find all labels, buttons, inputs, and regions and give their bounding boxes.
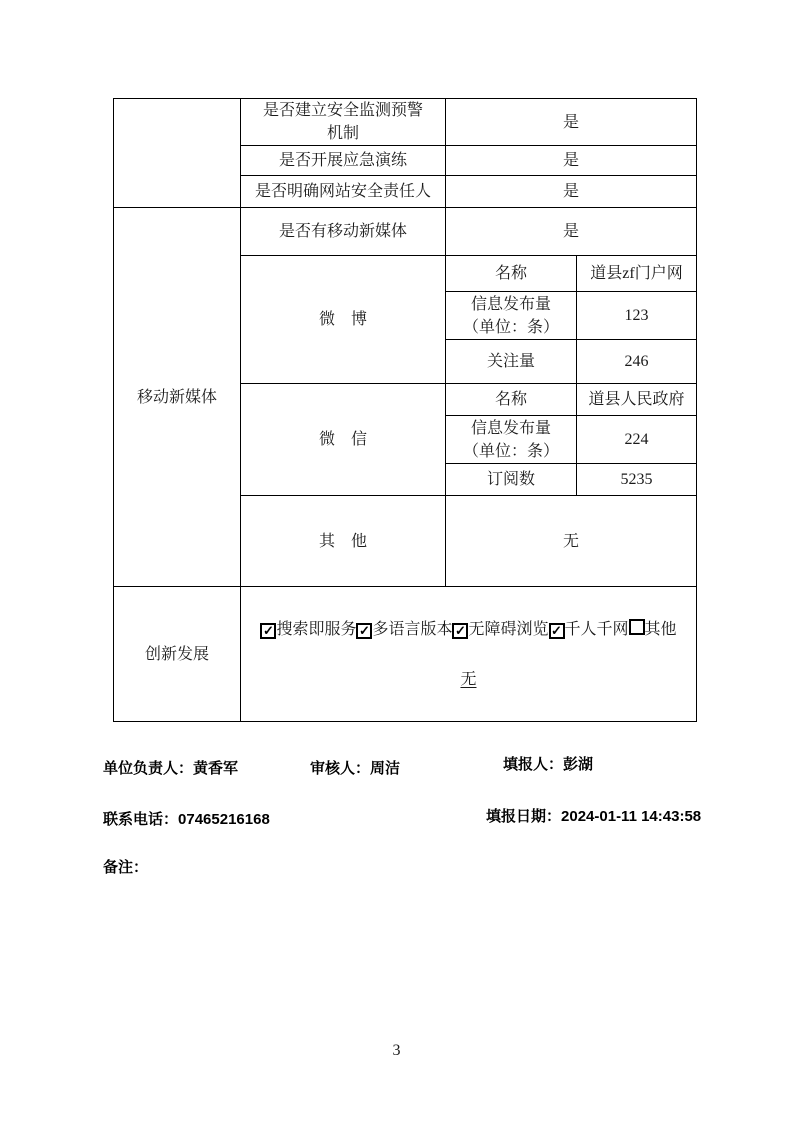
weibo-posts-value: 123: [577, 292, 697, 340]
innovation-option-label: 多语言版本: [372, 621, 452, 638]
innovation-option: ✓无障碍浏览: [452, 621, 548, 638]
reviewer-value: 周洁: [370, 760, 400, 777]
report-date-field: 填报日期：2024-01-11 14:43:58: [486, 805, 701, 826]
filler-field: 填报人：彭湖: [503, 753, 593, 774]
innovation-other-line: 无: [243, 668, 694, 691]
weibo-posts-label: 信息发布量 （单位：条）: [446, 292, 577, 340]
checkbox-checked-icon[interactable]: ✓: [549, 623, 565, 639]
reviewer-label: 审核人：: [310, 760, 370, 777]
unit-head-field: 单位负责人：黄香军: [103, 757, 238, 778]
phone-value: 07465216168: [178, 811, 270, 828]
security-answer-1: 是: [446, 99, 697, 146]
report-page: 是否建立安全监测预警 机制 是 是否开展应急演练 是 是否明确网站安全责任人 是…: [0, 0, 793, 1122]
weibo-followers-value: 246: [577, 340, 697, 384]
security-question-1: 是否建立安全监测预警 机制: [241, 99, 446, 146]
wechat-subscribers-value: 5235: [577, 464, 697, 496]
unit-head-value: 黄香军: [193, 760, 238, 777]
security-answer-3: 是: [446, 176, 697, 208]
weibo-group-label: 微 博: [241, 256, 446, 384]
has-mobile-media-label: 是否有移动新媒体: [241, 208, 446, 256]
phone-field: 联系电话：07465216168: [103, 808, 270, 829]
checkbox-checked-icon[interactable]: ✓: [452, 623, 468, 639]
reviewer-field: 审核人：周洁: [310, 757, 400, 778]
phone-label: 联系电话：: [103, 811, 178, 828]
has-mobile-media-value: 是: [446, 208, 697, 256]
group-cell-mobile-media: 移动新媒体: [114, 208, 241, 587]
innovation-option-label: 千人千网: [565, 621, 629, 638]
page-number: 3: [0, 1042, 793, 1060]
innovation-option: ✓搜索即服务: [260, 621, 356, 638]
filler-label: 填报人：: [503, 756, 563, 773]
innovation-option-label: 其他: [645, 621, 677, 638]
remark-label: 备注：: [103, 859, 148, 876]
innovation-option: ✓千人千网: [549, 621, 629, 638]
weibo-name-label: 名称: [446, 256, 577, 292]
weibo-name-value: 道县zf门户网: [577, 256, 697, 292]
innovation-options: ✓搜索即服务✓多语言版本✓无障碍浏览✓千人千网其他: [243, 618, 694, 642]
security-question-3: 是否明确网站安全责任人: [241, 176, 446, 208]
report-table: 是否建立安全监测预警 机制 是 是否开展应急演练 是 是否明确网站安全责任人 是…: [113, 98, 697, 722]
innovation-content: ✓搜索即服务✓多语言版本✓无障碍浏览✓千人千网其他 无: [241, 587, 697, 722]
report-date-value: 2024-01-11 14:43:58: [561, 808, 701, 825]
innovation-other-value: 无: [460, 671, 476, 688]
wechat-name-label: 名称: [446, 384, 577, 416]
other-media-value: 无: [446, 496, 697, 587]
report-date-label: 填报日期：: [486, 808, 561, 825]
innovation-option: 其他: [629, 621, 677, 638]
wechat-posts-label: 信息发布量 （单位：条）: [446, 416, 577, 464]
wechat-posts-value: 224: [577, 416, 697, 464]
checkbox-unchecked-icon[interactable]: [629, 619, 645, 635]
filler-value: 彭湖: [563, 756, 593, 773]
group-cell-innovation: 创新发展: [114, 587, 241, 722]
wechat-subscribers-label: 订阅数: [446, 464, 577, 496]
checkbox-checked-icon[interactable]: ✓: [260, 623, 276, 639]
security-question-2: 是否开展应急演练: [241, 146, 446, 176]
remark-field: 备注：: [103, 856, 148, 877]
innovation-option: ✓多语言版本: [356, 621, 452, 638]
innovation-option-label: 无障碍浏览: [468, 621, 548, 638]
checkbox-checked-icon[interactable]: ✓: [356, 623, 372, 639]
other-media-label: 其 他: [241, 496, 446, 587]
group-cell-blank: [114, 99, 241, 208]
innovation-option-label: 搜索即服务: [276, 621, 356, 638]
weibo-followers-label: 关注量: [446, 340, 577, 384]
security-answer-2: 是: [446, 146, 697, 176]
wechat-group-label: 微 信: [241, 384, 446, 496]
wechat-name-value: 道县人民政府: [577, 384, 697, 416]
unit-head-label: 单位负责人：: [103, 760, 193, 777]
